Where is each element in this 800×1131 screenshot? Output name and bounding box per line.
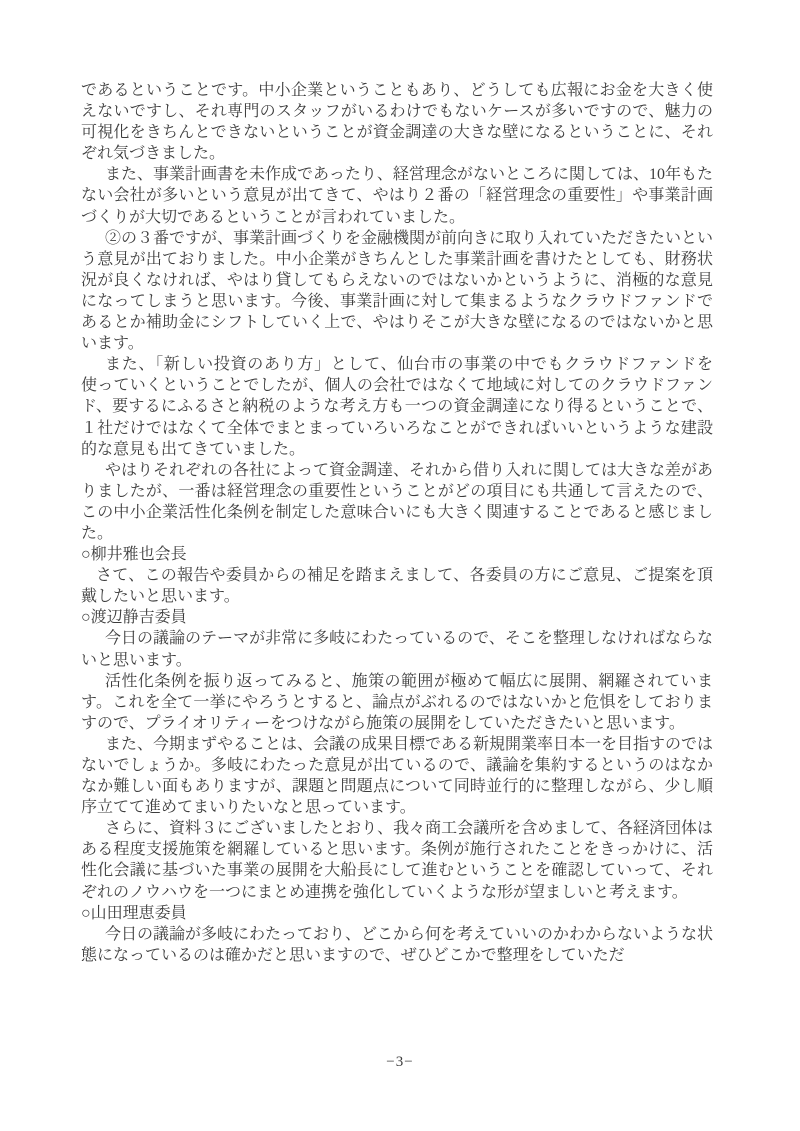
paragraph: また、「新しい投資のあり方」として、仙台市の事業の中でもクラウドファンドを使って… bbox=[81, 354, 713, 459]
paragraph: ②の３番ですが、事業計画づくりを金融機関が前向きに取り入れていただきたいという意… bbox=[81, 228, 713, 355]
speaker-line: ○柳井雅也会長 bbox=[81, 544, 713, 565]
paragraph: また、今期まずやることは、会議の成果目標である新規開業率日本一を目指すのではない… bbox=[81, 734, 713, 818]
paragraph: やはりそれぞれの各社によって資金調達、それから借り入れに関しては大きな差がありま… bbox=[81, 460, 713, 544]
paragraph: さらに、資料３にございましたとおり、我々商工会議所を含めまして、各経済団体はある… bbox=[81, 818, 713, 902]
speaker-line: ○山田理恵委員 bbox=[81, 903, 713, 924]
paragraph: であるということです。中小企業ということもあり、どうしても広報にお金を大きく使え… bbox=[81, 80, 713, 164]
paragraph: 今日の議論が多岐にわたっており、どこから何を考えていいのかわからないような状態に… bbox=[81, 924, 713, 966]
paragraph: 活性化条例を振り返ってみると、施策の範囲が極めて幅広に展開、網羅されています。こ… bbox=[81, 671, 713, 734]
minutes-page-body: であるということです。中小企業ということもあり、どうしても広報にお金を大きく使え… bbox=[81, 80, 713, 966]
speaker-line: ○渡辺静吉委員 bbox=[81, 607, 713, 628]
paragraph: 今日の議論のテーマが非常に多岐にわたっているので、そこを整理しなければならないと… bbox=[81, 628, 713, 670]
page-number: −3− bbox=[0, 1054, 800, 1071]
paragraph: さて、この報告や委員からの補足を踏まえまして、各委員の方にご意見、ご提案を頂戴し… bbox=[81, 565, 713, 607]
paragraph: また、事業計画書を未作成であったり、経営理念がないところに関しては、10年もたな… bbox=[81, 164, 713, 227]
